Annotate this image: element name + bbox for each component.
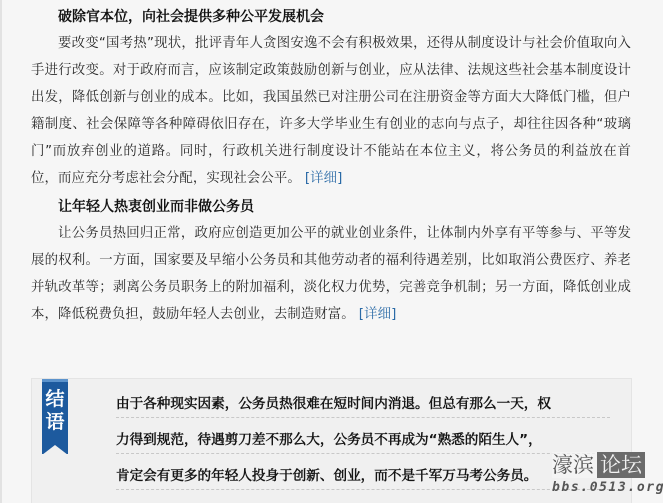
conclusion-text: 由于各种现实因素，公务员热很难在短时间内消退。但总有那么一天，权 力得到规范，待… (116, 391, 610, 499)
conclusion-line: 力得到规范，待遇剪刀差不那么大，公务员不再成为“熟悉的陌生人”， (116, 427, 610, 454)
section-paragraph: 要改变“国考热”现状，批评青年人贪图安逸不会有积极效果，还得从制度设计与社会价值… (31, 30, 631, 192)
conclusion-line: 由于各种现实因素，公务员热很难在短时间内消退。但总有那么一天，权 (116, 391, 610, 418)
watermark-name-left: 濠滨 (552, 452, 597, 478)
paragraph-text: 让公务员热回归正常，政府应创造更加公平的就业创业条件，让体制内外享有平等参与、平… (31, 226, 631, 322)
article-content: 破除官本位，向社会提供多种公平发展机会 要改变“国考热”现状，批评青年人贪图安逸… (31, 4, 631, 328)
details-link[interactable]: [详细] (305, 171, 343, 186)
watermark-logo: 濠滨 论坛 (552, 452, 663, 478)
section-paragraph: 让公务员热回归正常，政府应创造更加公平的就业创业条件，让体制内外享有平等参与、平… (31, 220, 631, 328)
conclusion-line: 肯定会有更多的年轻人投身于创新、创业，而不是千军万马考公务员。 (116, 463, 610, 490)
watermark-url: bbs.0513.org (552, 478, 663, 498)
left-border (0, 0, 2, 503)
conclusion-box: 结语 由于各种现实因素，公务员热很难在短时间内消退。但总有那么一天，权 力得到规… (31, 378, 632, 503)
paragraph-text: 要改变“国考热”现状，批评青年人贪图安逸不会有积极效果，还得从制度设计与社会价值… (31, 36, 631, 186)
badge-label: 结语 (42, 388, 68, 434)
section-title: 让年轻人热衷创业而非做公务员 (31, 194, 631, 220)
watermark-name-right: 论坛 (597, 452, 645, 478)
section-title: 破除官本位，向社会提供多种公平发展机会 (31, 4, 631, 30)
details-link[interactable]: [详细] (359, 307, 397, 322)
site-watermark: 濠滨 论坛 bbs.0513.org (552, 452, 663, 503)
conclusion-ribbon-badge: 结语 (42, 379, 68, 454)
